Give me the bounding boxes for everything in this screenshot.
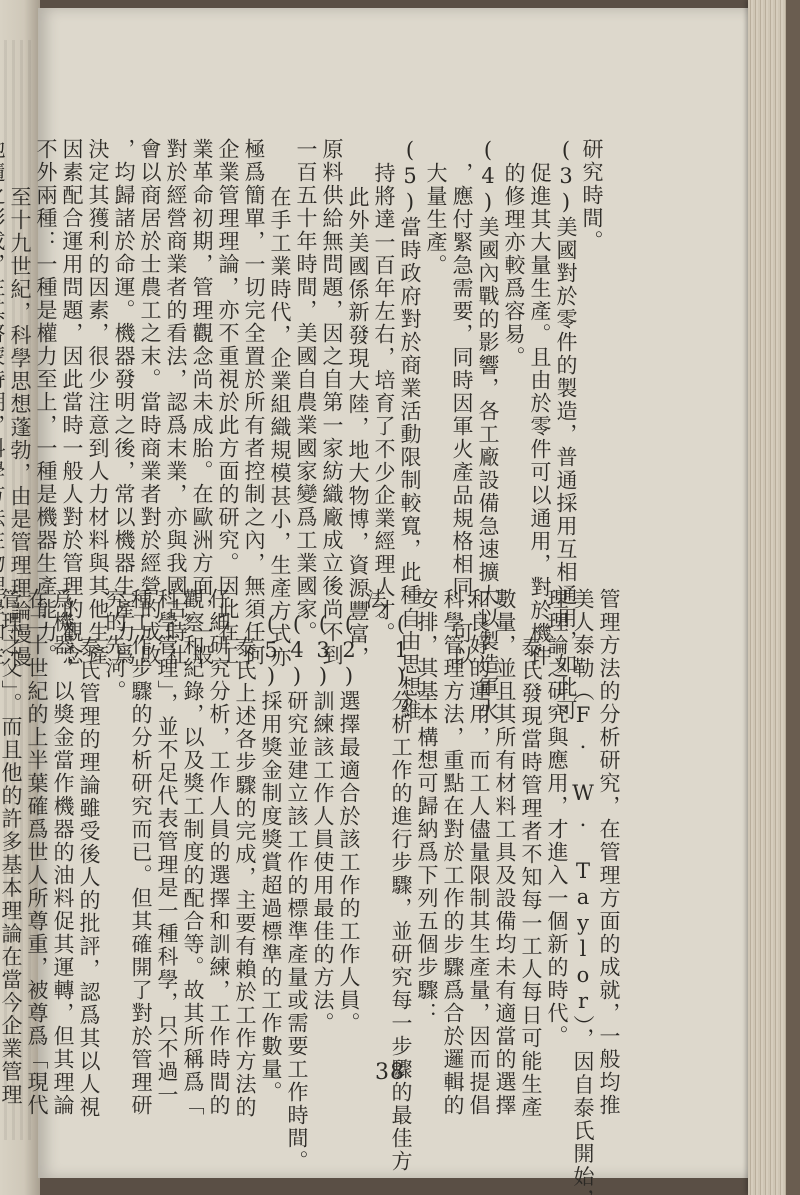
paragraph-start: 泰氏發現當時管理者不知每一工人每日可能生產 [518, 588, 544, 1048]
text-column: 法。 [362, 588, 388, 1048]
text-column: 企業管理理論，亦不重視於此方面的研究。因此在工 [215, 138, 241, 593]
text-column: 原料供給無問題，因之自第一家紡織廠成立後尚不到 [319, 138, 345, 593]
text-column: 不外兩種：一種是權力至上，一種是機器生產能力。 [33, 138, 59, 593]
book-cover-edge [786, 0, 800, 1195]
text-column: 爲機器，以獎金當作機器的油料促其運轉，但其理論 [50, 588, 76, 1048]
text-column: 數量，並且其所有材料工具及設備均未有適當的選擇 [492, 588, 518, 1048]
text-column: 會以商居於士農工之末。當時商業者對於經營的成敗 [137, 138, 163, 593]
list-item-5: (5)當時政府對於商業活動限制較寬，此種自由思想維 [397, 138, 423, 593]
text-column: 安排，其基本構想可歸納爲下列五個步驟： [414, 588, 440, 1048]
paragraph-start: 在手工業時代，企業組織規模甚小，生產方式亦 [267, 138, 293, 593]
list-item-3: (3)美國對於零件的製造，普通採用互相通用，如此可 [553, 138, 579, 593]
text-column: 究的先河。 [102, 588, 128, 1048]
paragraph-start: 此外美國係新發現大陸，地大物博，資源豐富， [345, 138, 371, 593]
text-column: 因素配合運用問題，因此當時一般人對於管理的觀念 [59, 138, 85, 593]
text-column: 促進其大量生產。且由於零件可以通用，對於機件 [527, 138, 553, 593]
text-column: 一百五十年時間，美國自農業國家變爲工業國家。 [293, 138, 319, 593]
text-column: 美人泰勒（F. W. Taylor），因自泰氏開始，有關管 [570, 588, 596, 1048]
book-page: 研究時間。 (3)美國對於零件的製造，普通採用互相通用，如此可 促進其大量生產。… [38, 8, 750, 1178]
text-column: 科學管理」，並不足代表管理是一種科學，只不過一 [154, 588, 180, 1048]
text-column: 管理之父」。而且他的許多基本理論在當今企業管理 [0, 588, 24, 1048]
paragraph-start: 至十九世紀，科學思想蓬勃，由是管理理論慢慢 [7, 138, 33, 593]
text-column: 業革命初期，管理觀念尚未成胎。在歐洲方面，一般 [189, 138, 215, 593]
text-column: ，均歸諸於命運。機器發明之後，常以機器生產力爲 [111, 138, 137, 593]
list-item-4: (4)美國內戰的影響，各工廠設備急速擴大以製造軍火 [475, 138, 501, 593]
text-column: 種工作步驟的分析研究而已。但其確開了對於管理研 [128, 588, 154, 1048]
text-column: 持將達一百年左右，培育了不少企業經理人才。 [371, 138, 397, 593]
text-column: 的修理亦較爲容易。 [501, 138, 527, 593]
text-column: 大量生產。 [423, 138, 449, 593]
top-text-block: 研究時間。 (3)美國對於零件的製造，普通採用互相通用，如此可 促進其大量生產。… [0, 138, 605, 593]
text-column: 理理論之研究與應用，才進入一個新的時代。 [544, 588, 570, 1048]
text-column: 管理方法的分析研究，在管理方面的成就，一般均推 [596, 588, 622, 1048]
step-item-5: (5)採用獎金制度獎賞超過標準的工作數量。 [258, 588, 284, 1048]
text-column: 觀察和紀錄，以及獎工制度的配合等。故其所稱爲「 [180, 588, 206, 1048]
step-item-2: (2)選擇最適合於該工作的工作人員。 [336, 588, 362, 1048]
text-column: 科學管理方法，重點在對於工作的步驟爲合於邏輯的 [440, 588, 466, 1048]
text-column: ，應付緊急需要，同時因軍火產品規格相同，可以 [449, 138, 475, 593]
page-number: 38 [375, 1060, 405, 1085]
bottom-text-block: 管理方法的分析研究，在管理方面的成就，一般均推 美人泰勒（F. W. Taylo… [0, 588, 622, 1048]
step-item-3: (3)訓練該工作人員使用最佳的方法。 [310, 588, 336, 1048]
text-column: 對於經營商業者的看法，認爲末業，亦與我國古時社 [163, 138, 189, 593]
text-column: 和良好的運用，而工人儘量限制其生產量，因而提倡 [466, 588, 492, 1048]
step-item-4: (4)研究並建立該工作的標準產量或需要工作時間。 [284, 588, 310, 1048]
paragraph-start: 泰氏上述各步驟的完成，主要有賴於工作方法的 [232, 588, 258, 1048]
text-column: 仔細研究分析，工作人員的選擇和訓練，工作時間的 [206, 588, 232, 1048]
text-column: 極爲簡單，一切完全置於所有者控制之內，無須任何 [241, 138, 267, 593]
text-column: 在二十世紀的上半葉確爲世人所尊重，被尊爲「現代 [24, 588, 50, 1048]
paragraph-start: 泰氏管理的理論雖受後人的批評，認爲其以人視 [76, 588, 102, 1048]
text-column: 決定其獲利的因素，很少注意到人力材料與其他生產 [85, 138, 111, 593]
page-edges [748, 0, 800, 1195]
text-column: 研究時間。 [579, 138, 605, 593]
step-item-1: (1)分析工作的進行步驟，並研究每一步驟的最佳方 [388, 588, 414, 1048]
text-column: 地隨之形成，在其啓蒙時期，科學方法在物理學和生 [0, 138, 7, 593]
